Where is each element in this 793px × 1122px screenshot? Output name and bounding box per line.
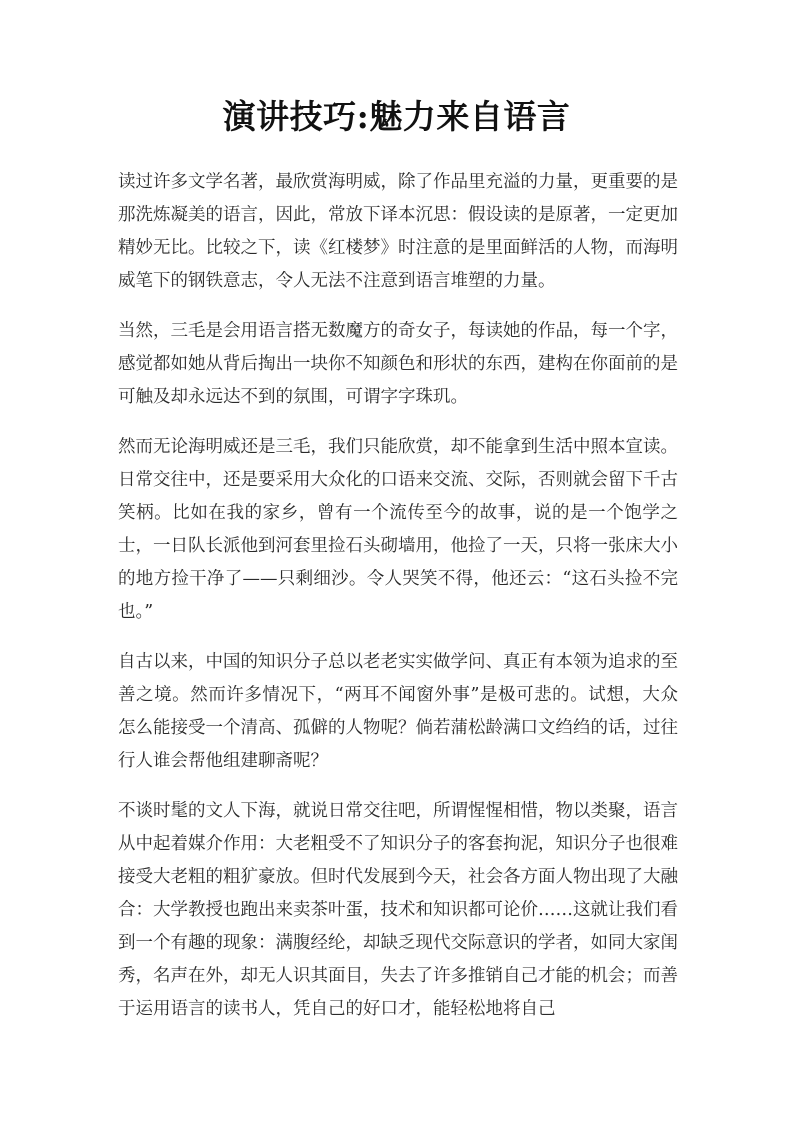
- document-body: 读过许多文学名著，最欣赏海明威，除了作品里充溢的力量，更重要的是那洗炼凝美的语言…: [118, 166, 678, 1043]
- paragraph-sanmao: 当然，三毛是会用语言搭无数魔方的奇女子，每读她的作品，每一个字，感觉都如她从背后…: [118, 315, 678, 414]
- document-title: 演讲技巧:魅力来自语言: [0, 92, 793, 142]
- paragraph-hemingway: 读过许多文学名著，最欣赏海明威，除了作品里充溢的力量，更重要的是那洗炼凝美的语言…: [118, 166, 678, 298]
- paragraph-daily-language: 然而无论海明威还是三毛，我们只能欣赏，却不能拿到生活中照本宣读。日常交往中，还是…: [118, 431, 678, 629]
- document-page: 演讲技巧:魅力来自语言 读过许多文学名著，最欣赏海明威，除了作品里充溢的力量，更…: [0, 0, 793, 1122]
- paragraph-intellectuals: 自古以来，中国的知识分子总以老老实实做学问、真正有本领为追求的至善之境。然而许多…: [118, 646, 678, 778]
- paragraph-social-fusion: 不谈时髦的文人下海，就说日常交往吧，所谓惺惺相惜，物以类聚，语言从中起着媒介作用…: [118, 795, 678, 1026]
